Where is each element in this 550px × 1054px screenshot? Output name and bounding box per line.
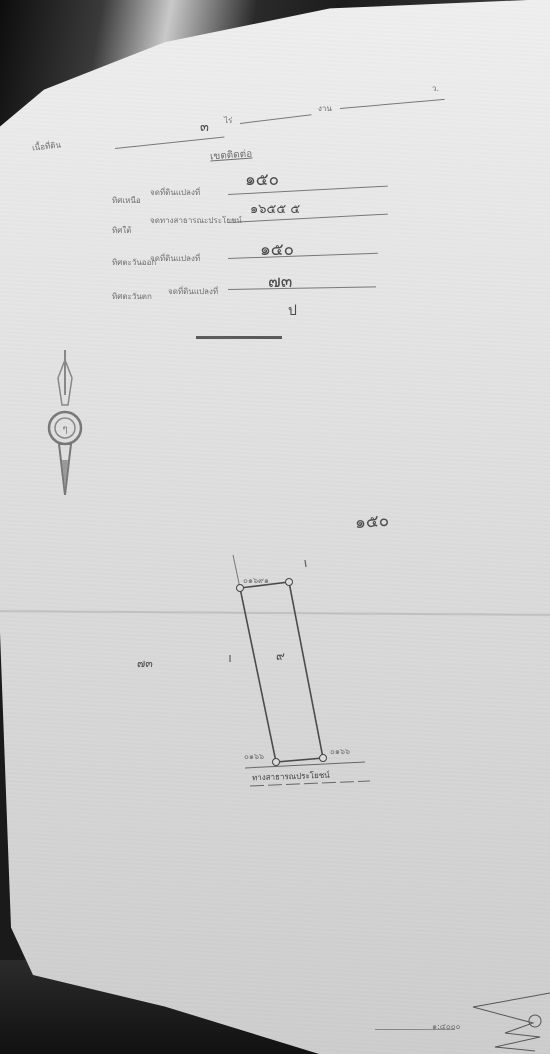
road-label: ทางสาธารณประโยชน์: [252, 769, 330, 785]
svg-text:ๆ: ๆ: [62, 424, 67, 435]
marker-bottom-right: ๐๑๖๖: [330, 745, 350, 758]
boundary-rule: [228, 253, 378, 259]
boundary-value: ๑๕๐: [245, 166, 279, 193]
boundary-value: ๑๕๐: [260, 236, 294, 263]
boundary-label: จดที่ดินแปลงที่: [168, 285, 218, 298]
adjacent-north-parcel: ๑๕๐: [354, 507, 390, 536]
signature-icon: [465, 985, 550, 1054]
garuda-seal-icon: ๆ: [44, 350, 86, 495]
ngan-rule: [340, 99, 445, 109]
boundary-direction: ทิศตะวันตก: [112, 290, 152, 303]
boundary-value: ๗๓: [268, 268, 292, 295]
rai-unit: ไร่: [224, 114, 232, 127]
boundary-value: ๑๖๕๕ ๕: [250, 198, 300, 219]
rai-value: ๓: [200, 116, 209, 137]
boundary-direction: ทิศตะวันออก: [112, 256, 156, 269]
boundary-label: จดที่ดินแปลงที่: [150, 186, 200, 199]
wa-unit: ว.: [432, 82, 439, 95]
boundary-label: จดที่ดินแปลงที่: [150, 252, 200, 265]
note-mark: ป: [288, 300, 297, 322]
boundary-label: จดทางสาธารณะประโยชน์: [150, 214, 242, 227]
parcel-map: [0, 0, 550, 1054]
area-label: เนื้อที่ดิน: [31, 139, 61, 155]
footer-rule: [375, 1029, 455, 1030]
rai-rule: [240, 114, 312, 124]
paper-fold-line: [0, 610, 550, 616]
scale-text: ๑:๔๐๐๐: [432, 1020, 460, 1033]
marker-top-left: ๐๑๖๙๑: [243, 574, 269, 587]
marker-bottom-left: ๐๑๖๖: [244, 750, 264, 763]
boundary-rule: [228, 186, 388, 195]
boundary-direction: ทิศเหนือ: [112, 194, 141, 207]
deed-paper: เนื้อที่ดิน ๓ ไร่ งาน ว. เขตติดต่อ ทิศเห…: [0, 0, 550, 1054]
adjacent-west-parcel: ๗๓: [137, 654, 153, 672]
boundary-rule: [228, 286, 376, 290]
boundary-rule: [228, 214, 388, 223]
underline-stroke: [196, 336, 282, 339]
parcel-number: ๙: [276, 647, 285, 666]
boundaries-title: เขตติดต่อ: [210, 147, 253, 165]
boundary-direction: ทิศใต้: [112, 224, 131, 237]
ngan-unit: งาน: [318, 102, 332, 115]
area-rule-1: [115, 137, 225, 149]
